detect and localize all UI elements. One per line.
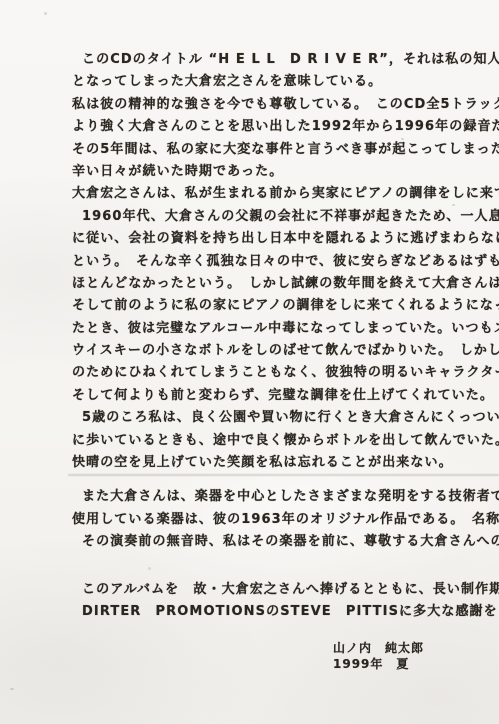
- signature-date: 1999年 夏: [333, 657, 424, 673]
- text-line: そして何よりも前と変わらず、完璧な調律を仕上げてくれていた。: [72, 385, 467, 407]
- text-line: 使用している楽器は、彼の1963年のオリジナル作品である。 名称はない。: [72, 509, 467, 531]
- scan-speck: [452, 204, 455, 206]
- signature-name: 山ノ内 純太郎: [333, 641, 424, 657]
- text-line: そして前のように私の家にピアノの調律をしに来てくれるようになったのだが、再会し: [72, 295, 467, 317]
- paragraph-story: 1960年代、大倉さんの父親の会社に不祥事が起きたため、一人息子の彼は、親の命令…: [72, 206, 467, 475]
- scan-speck: [10, 688, 14, 690]
- scanned-letter-page: このCDのタイトル “H E L L D R I V E R”，それは私の知人で…: [0, 0, 499, 724]
- text-line: このアルバムを 故・大倉宏之さんへ捧げるとともに、長い制作期間に協力してくれた: [72, 579, 467, 601]
- text-line: に従い、会社の資料を持ち出し日本中を隠れるように逃げまわらなければならなかった: [72, 228, 467, 250]
- scan-speck: [401, 138, 404, 140]
- scan-speck: [44, 12, 47, 15]
- text-line: 快晴の空を見上げていた笑顔を私は忘れることが出来ない。: [72, 452, 467, 474]
- scan-fold-artifact: [68, 474, 499, 476]
- text-line: ほとんどなかったという。 しかし試練の数年間を終えて大倉さんは帰ってきた。: [72, 273, 467, 295]
- text-line: その演奏前の無音時、私はその楽器を前に、尊敬する大倉さんへの黙祷を捧げていた。: [72, 531, 467, 553]
- text-line: また大倉さんは、楽器を中心としたさまざまな発明をする技術者でもあった。4曲目で: [72, 486, 467, 508]
- scan-speck: [148, 567, 151, 570]
- paragraph-dedication: このアルバムを 故・大倉宏之さんへ捧げるとともに、長い制作期間に協力してくれた …: [72, 579, 467, 624]
- text-line: DIRTER PROMOTIONSのSTEVE PITTISに多大な感謝をしてい…: [72, 601, 467, 623]
- text-line: 1960年代、大倉さんの父親の会社に不祥事が起きたため、一人息子の彼は、親の命令: [72, 206, 467, 228]
- paragraph-instrument: また大倉さんは、楽器を中心としたさまざまな発明をする技術者でもあった。4曲目で …: [72, 486, 467, 553]
- text-line: 大倉宏之さんは、私が生まれる前から実家にピアノの調律をしに来ていた人である。: [72, 183, 467, 205]
- liner-notes-text: このCDのタイトル “H E L L D R I V E R”，それは私の知人で…: [72, 49, 467, 623]
- text-line: たとき、彼は完璧なアルコール中毒になってしまっていた。いつもスーツの内ポケットに: [72, 318, 467, 340]
- text-line: となってしまった大倉宏之さんを意味している。: [72, 71, 467, 93]
- text-line: に歩いているときも、途中で良く懐からボトルを出して飲んでいた。ハイになった彼が: [72, 430, 467, 452]
- text-line: という。 そんな辛く孤独な日々の中で、彼に安らぎなどあるはずもなく、眠れる夜も: [72, 251, 467, 273]
- text-line: このCDのタイトル “H E L L D R I V E R”，それは私の知人で…: [72, 49, 467, 71]
- text-line: 辛い日々が続いた時期であった。: [72, 161, 467, 183]
- text-line: 5歳のころ私は、良く公園や買い物に行くとき大倉さんにくっついていった。彼は一緒: [72, 407, 467, 429]
- text-line: その5年間は、私の家に大変な事件と言うべき事が起こってしまったため、私にとって: [72, 139, 467, 161]
- text-line: のためにひねくれてしまうこともなく、彼独特の明るいキャラクターを失うこともなく、: [72, 362, 467, 384]
- text-line: 私は彼の精神的な強さを今でも尊敬している。 このCD全5トラックは、私の中で: [72, 94, 467, 116]
- paragraph-intro: このCDのタイトル “H E L L D R I V E R”，それは私の知人で…: [72, 49, 467, 206]
- text-line: ウイスキーの小さなボトルをしのばせて飲んでばかりいた。 しかしハードな数年間の: [72, 340, 467, 362]
- signature-block: 山ノ内 純太郎 1999年 夏: [333, 641, 424, 672]
- text-line: より強く大倉さんのことを思い出した1992年から1996年の録音だけで構成されて…: [72, 116, 467, 138]
